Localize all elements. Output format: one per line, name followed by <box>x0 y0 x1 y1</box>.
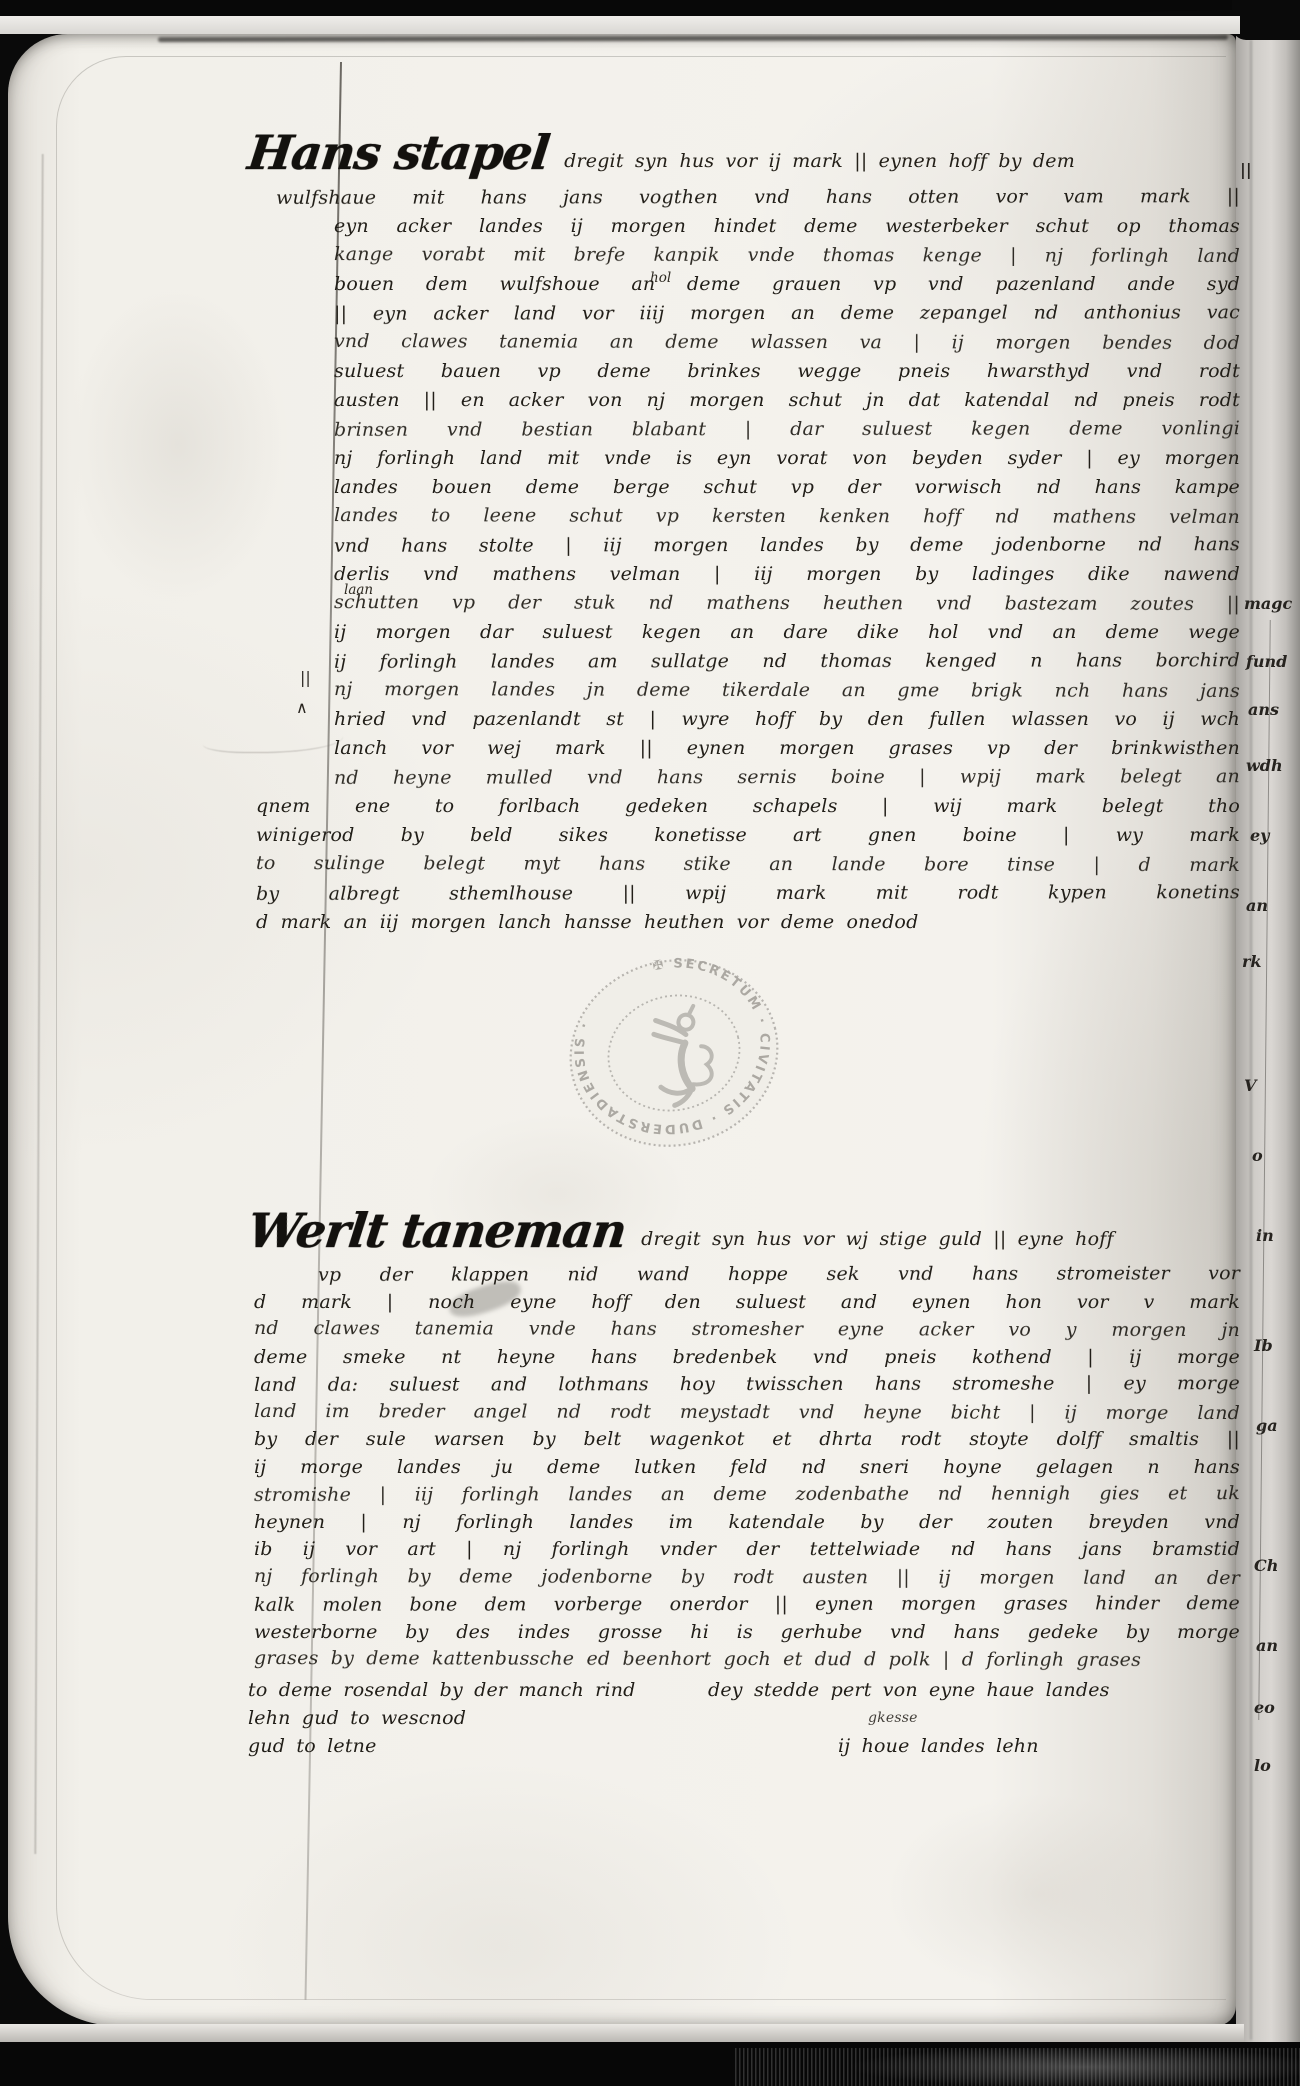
manuscript-line: nd clawes tanemia vnde hans stromesher e… <box>254 1315 1240 1345</box>
manuscript-line: qnem ene to forlbach gedeken schapels | … <box>256 792 1240 821</box>
manuscript-line: landes bouen deme berge schut vp der vor… <box>334 473 1240 502</box>
manuscript-line: derlis vnd mathens velman | iij morgen b… <box>334 560 1240 589</box>
manuscript-line: kange vorabt mit brefe kanpik vnde thoma… <box>334 240 1240 271</box>
scan-top-right-corner <box>1232 0 1300 40</box>
manuscript-line: ij morge landes ju deme lutken feld nd s… <box>254 1454 1240 1482</box>
manuscript-line: westerborne by des indes grosse hi is ge… <box>254 1619 1240 1647</box>
under-leaf-edge <box>34 154 43 1854</box>
facing-text-fragment: an <box>1246 896 1268 915</box>
entry-closing-lines: to deme rosendal by der manch rind dey s… <box>248 1676 1240 1760</box>
facing-text-fragment: an <box>1256 1636 1278 1655</box>
manuscript-line: suluest bauen vp deme brinkes wegge pnei… <box>334 357 1240 386</box>
closing-line-row: lehn gud to wescnod gkesse <box>248 1704 1240 1732</box>
facing-text-fragment: ey <box>1250 826 1269 845</box>
manuscript-line: land im breder angel nd rodt meystadt vn… <box>254 1397 1240 1427</box>
manuscript-line: d mark | noch eyne hoff den suluest and … <box>254 1289 1240 1317</box>
manuscript-page: Hans stapel dregit syn hus vor ij mark |… <box>8 34 1236 2026</box>
margin-mark: || <box>300 668 311 687</box>
manuscript-line: vp der klappen nid wand hoppe sek vnd ha… <box>318 1260 1240 1289</box>
entry-name-heading: Werlt taneman <box>245 1208 628 1255</box>
manuscript-line: land da: suluest and lothmans hoy twissc… <box>254 1370 1240 1399</box>
scanner-bed-strip <box>0 16 1240 34</box>
facing-text-fragment: eo <box>1254 1698 1275 1717</box>
manuscript-line: vnd clawes tanemia an deme wlassen va | … <box>334 327 1240 358</box>
manuscript-line: heynen | nj forlingh landes im katendale… <box>254 1509 1240 1537</box>
manuscript-line: kalk molen bone dem vorberge onerdor || … <box>254 1590 1240 1619</box>
margin-mark: ∧ <box>296 698 308 717</box>
manuscript-line: brinsen vnd bestian blabant | dar sulues… <box>334 414 1240 445</box>
manuscript-line: schutten vp der stuk nd mathens heuthen … <box>334 588 1240 619</box>
manuscript-line: nj forlingh land mit vnde is eyn vorat v… <box>334 444 1240 473</box>
manuscript-line: d mark an iij morgen lanch hansse heuthe… <box>256 908 1240 937</box>
facing-text-fragment: wdh <box>1246 756 1283 775</box>
city-seal-stamp: ✠ SECRETUM · CIVITATIS · DUDERSTADIENSIS… <box>551 946 797 1160</box>
manuscript-line: ij forlingh landes am sullatge nd thomas… <box>334 646 1240 677</box>
entry-name-heading: Hans stapel <box>245 130 551 177</box>
manuscript-line: grases by deme kattenbussche ed beenhort… <box>254 1645 1240 1675</box>
facing-text-fragment: ga <box>1256 1416 1278 1435</box>
manuscript-line: || eyn acker land vor iiij morgen an dem… <box>334 298 1240 329</box>
book-block-edge <box>0 2024 1244 2044</box>
page-top-shadow <box>158 35 1228 42</box>
manuscript-line: nj forlingh by deme jodenborne by rodt a… <box>254 1562 1240 1592</box>
closing-line-right: dey stedde pert von eyne haue landes <box>668 1676 1110 1704</box>
entry-hans-stapel: Hans stapel dregit syn hus vor ij mark |… <box>248 130 1240 937</box>
entry-body-lines: vp der klappen nid wand hoppe sek vnd ha… <box>248 1261 1240 1674</box>
manuscript-line: vnd hans stolte | iij morgen landes by d… <box>334 530 1240 561</box>
entry-heading-row: Werlt taneman dregit syn hus vor wj stig… <box>248 1208 1240 1255</box>
facing-text-fragment: lo <box>1254 1756 1271 1775</box>
facing-text-fragment: Ib <box>1254 1336 1273 1355</box>
facing-text-fragment: magc <box>1244 594 1292 613</box>
manuscript-line: deme smeke nt heyne hans bredenbek vnd p… <box>254 1344 1240 1372</box>
entry-werlt-taneman: Werlt taneman dregit syn hus vor wj stig… <box>248 1208 1240 1760</box>
manuscript-line: bouen dem wulfshoue an deme grauen vp vn… <box>334 270 1240 299</box>
facing-page-fragments: ||magcfundanswdheyanrkVoinIbgaChaneolo <box>1236 0 1300 2086</box>
manuscript-line: nd heyne mulled vnd hans sernis boine | … <box>334 762 1240 793</box>
manuscript-scan: ||magcfundanswdheyanrkVoinIbgaChaneolo H… <box>0 0 1300 2086</box>
facing-text-fragment: || <box>1240 160 1252 179</box>
facing-text-fragment: V <box>1244 1076 1256 1095</box>
manuscript-line: hried vnd pazenlandt st | wyre hoff by d… <box>334 705 1240 734</box>
closing-line-left: to deme rosendal by der manch rind <box>248 1676 668 1704</box>
scan-top-band <box>0 0 1300 16</box>
facing-text-fragment: fund <box>1246 652 1287 671</box>
entry-opening-text: dregit syn hus vor ij mark || eynen hoff… <box>564 150 1075 177</box>
manuscript-line: winigerod by beld sikes konetisse art gn… <box>256 821 1240 850</box>
facing-text-fragment: o <box>1252 1146 1263 1165</box>
closing-line-row: gud to letne ij houe landes lehn <box>248 1732 1240 1760</box>
facing-page-sliver: ||magcfundanswdheyanrkVoinIbgaChaneolo <box>1236 0 1300 2086</box>
facing-text-fragment: rk <box>1242 952 1262 971</box>
interlinear-correction: laan <box>344 582 373 598</box>
manuscript-line: wulfshaue mit hans jans vogthen vnd hans… <box>276 182 1240 213</box>
interlinear-correction: hol <box>650 270 671 286</box>
manuscript-line: eyn acker landes ij morgen hindet deme w… <box>334 212 1240 241</box>
manuscript-line: stromishe | iij forlingh landes an deme … <box>254 1480 1240 1509</box>
manuscript-line: to sulinge belegt myt hans stike an land… <box>256 849 1240 880</box>
manuscript-line: by der sule warsen by belt wagenkot et d… <box>254 1426 1240 1454</box>
paper-stain <box>888 1794 1188 1994</box>
facing-text-fragment: in <box>1256 1226 1274 1245</box>
closing-line-right: gkesse <box>668 1704 918 1732</box>
closing-line-left: gud to letne <box>248 1732 668 1760</box>
manuscript-line: ij morgen dar suluest kegen an dare dike… <box>334 618 1240 647</box>
manuscript-line: nj morgen landes jn deme tikerdale an gm… <box>334 675 1240 706</box>
closing-line-right: ij houe landes lehn <box>668 1732 1039 1760</box>
entry-opening-text: dregit syn hus vor wj stige guld || eyne… <box>641 1228 1114 1255</box>
entry-heading-row: Hans stapel dregit syn hus vor ij mark |… <box>248 130 1240 177</box>
scan-artifact-stripes <box>735 2048 1300 2086</box>
manuscript-line: austen || en acker von nj morgen schut j… <box>334 386 1240 415</box>
facing-text-fragment: Ch <box>1254 1556 1278 1575</box>
manuscript-line: ib ij vor art | nj forlingh vnder der te… <box>254 1536 1240 1564</box>
entry-body-lines: wulfshaue mit hans jans vogthen vnd hans… <box>248 183 1240 937</box>
manuscript-line: lanch vor wej mark || eynen morgen grase… <box>334 734 1240 763</box>
manuscript-line: by albregt sthemlhouse || wpij mark mit … <box>256 878 1240 909</box>
facing-text-fragment: ans <box>1248 700 1279 719</box>
closing-line-left: lehn gud to wescnod <box>248 1704 668 1732</box>
closing-line-row: to deme rosendal by der manch rind dey s… <box>248 1676 1240 1704</box>
manuscript-line: landes to leene schut vp kersten kenken … <box>334 501 1240 532</box>
